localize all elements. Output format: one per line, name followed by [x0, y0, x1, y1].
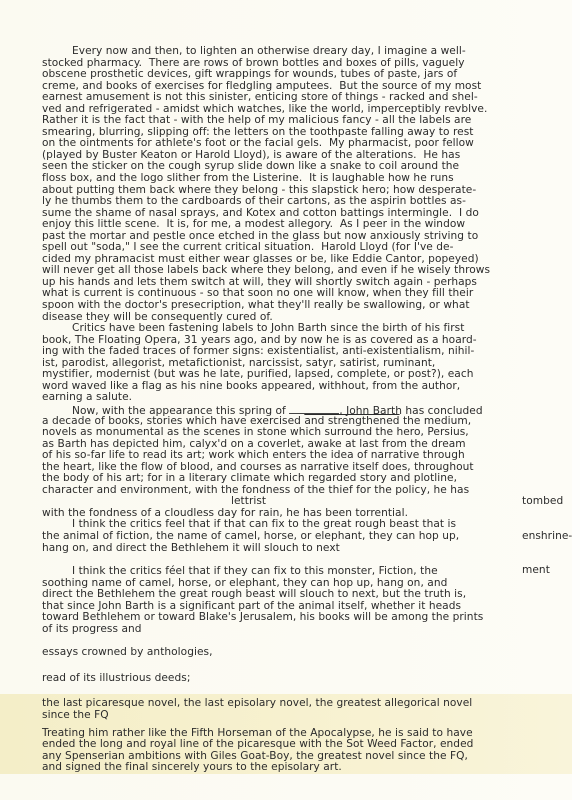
margin-note-line: ment: [522, 565, 572, 577]
text-line: the last picaresque novel, the last epis…: [42, 698, 562, 710]
typescript-body: Every now and then, to lighten an otherw…: [42, 46, 562, 774]
text-line: Critics have been fastening labels to Jo…: [42, 323, 562, 335]
text-line: hang on, and direct the Bethlehem it wil…: [42, 543, 562, 555]
text-line: of his so-far life to read its art; work…: [42, 450, 562, 462]
spacer: [42, 659, 562, 673]
text-line: earning a salute.: [42, 392, 562, 404]
text-segment: a decade of books, stories which have ex…: [42, 415, 304, 427]
text-line: the animal of fiction, the name of camel…: [42, 531, 562, 543]
text-line: floss box, and the logo slither from the…: [42, 173, 562, 185]
text-segment: the medium,: [400, 415, 472, 427]
text-line: since the FQ: [42, 710, 562, 722]
margin-note: tombed enshrine- ment: [522, 473, 572, 600]
text-line: of its progress and: [42, 624, 562, 636]
text-line: novels as monumental as the scenes in st…: [42, 427, 562, 439]
text-line: direct the Bethlehem the great rough bea…: [42, 589, 562, 601]
margin-note-line: enshrine-: [522, 531, 572, 543]
paragraph-2: Critics have been fastening labels to Jo…: [42, 323, 562, 404]
taped-strip: the last picaresque novel, the last epis…: [42, 698, 562, 773]
text-line: I think the critics féel that if they ca…: [42, 566, 562, 578]
title-blank-field: [289, 404, 339, 414]
text-line: ly he thumbs them to the cardboards of t…: [42, 196, 562, 208]
text-line: character and environment, with the fond…: [42, 485, 562, 497]
inserted-word: lettrist: [231, 495, 266, 507]
page-right-edge: [572, 0, 580, 800]
paragraph-5: I think the critics féel that if they ca…: [42, 566, 562, 635]
text-line: obscene prosthetic devices, gift wrappin…: [42, 69, 562, 81]
text-line: with the fondness of a cloudless day for…: [42, 508, 562, 520]
paragraph-1: Every now and then, to lighten an otherw…: [42, 46, 562, 323]
text-line: Every now and then, to lighten an otherw…: [42, 46, 562, 58]
text-line: and signed the final sincerely yours to …: [42, 762, 562, 774]
fragment-line: read of its illustrious deeds;: [42, 673, 562, 685]
text-line: ended the long and royal line of the pic…: [42, 739, 562, 751]
spacer: [42, 684, 562, 698]
fragment-line: essays crowned by anthologies,: [42, 647, 562, 659]
text-line: spoon with the doctor's presecription, w…: [42, 300, 562, 312]
margin-note-line: tombed: [522, 496, 572, 508]
paragraph-3: Now, with the appearance this spring of …: [42, 404, 562, 519]
text-line: earnest amusement is not this sinister, …: [42, 92, 562, 104]
paragraph-4: I think the critics feel that if that ca…: [42, 519, 562, 554]
struck-text: and strengthened: [304, 415, 399, 427]
